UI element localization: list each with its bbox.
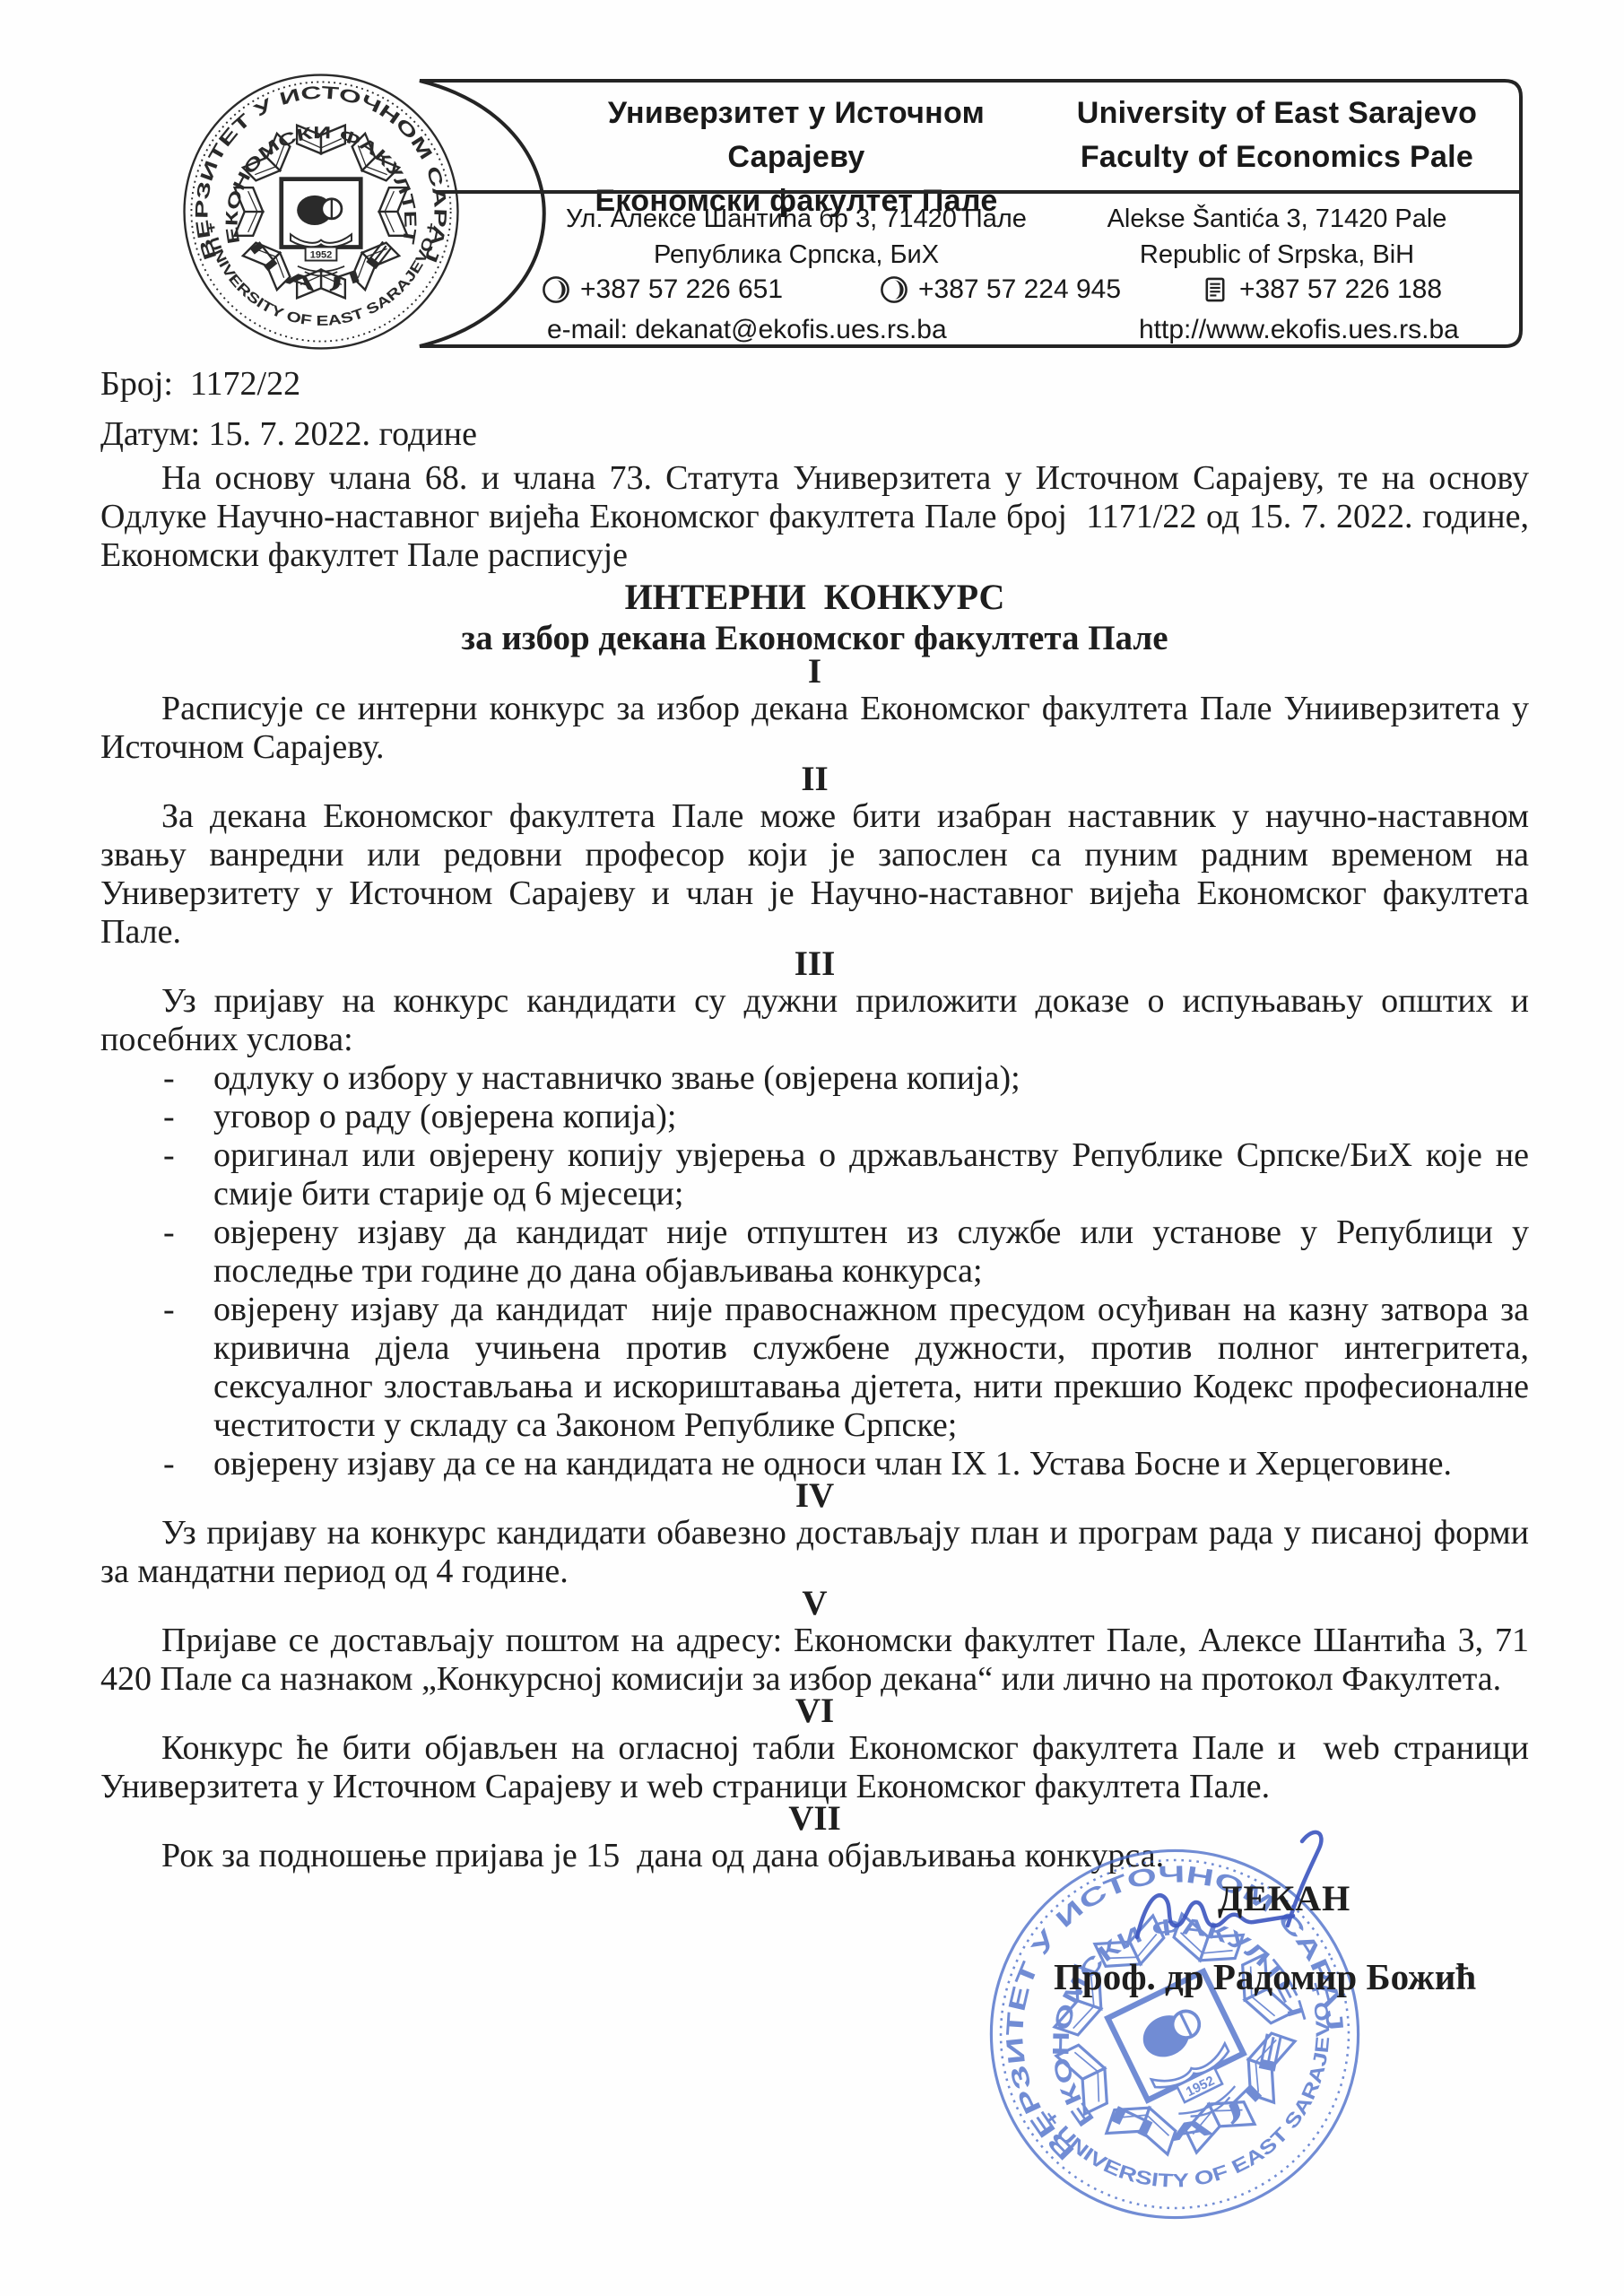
phone-number-2: +387 57 224 945 [918, 274, 1121, 305]
dean-name: Проф. др Радомир Божић [1054, 1955, 1466, 1998]
section-numeral-6: VI [100, 1693, 1529, 1729]
scanned-letter-page: 1952 УНИВЕРЗИТЕТ У ИСТОЧНОМ САРАЈЕВУ + +… [0, 0, 1624, 2296]
section-numeral-5: V [100, 1586, 1529, 1622]
section-6-paragraph: Конкурс ће бити објављен на огласној таб… [100, 1729, 1529, 1806]
document-date: Датум: 15. 7. 2022. године [100, 409, 1529, 459]
list-item-text: овјерену изјаву да кандидат није правосн… [213, 1291, 1529, 1445]
section-5-paragraph: Пријаве се достављају поштом на адресу: … [100, 1622, 1529, 1699]
section-3-paragraph: Уз пријаву на конкурс кандидати су дужни… [100, 982, 1529, 1059]
fax-icon [1200, 274, 1230, 305]
list-item-marker: - [100, 1136, 213, 1213]
document-number: Број: 1172/22 [100, 359, 1529, 409]
list-item: - овјерену изјаву да кандидат није отпуш… [100, 1213, 1529, 1291]
address-english-street: Alekse Šantića 3, 71420 Pale [1037, 201, 1517, 237]
list-item-marker: - [100, 1098, 213, 1136]
list-item: - уговор о раду (овјерена копија); [100, 1098, 1529, 1136]
requirements-list: - одлуку о избору у наставничко звање (о… [100, 1059, 1529, 1483]
letterhead-divider [436, 190, 1519, 194]
website-url: http://www.ekofis.ues.rs.ba [1139, 312, 1459, 348]
list-item: - одлуку о избору у наставничко звање (о… [100, 1059, 1529, 1098]
list-item-text: овјерену изјаву да кандидат није отпуште… [213, 1213, 1529, 1291]
fax-number: +387 57 226 188 [1239, 274, 1442, 305]
document-title: ИНТЕРНИ КОНКУРС [100, 577, 1529, 618]
section-numeral-3: III [100, 946, 1529, 982]
address-english-country: Republic of Srpska, BiH [1037, 237, 1517, 273]
list-item-marker: - [100, 1213, 213, 1291]
phone-icon [879, 274, 909, 305]
dean-role-label: ДЕКАН [1218, 1877, 1350, 1919]
phone-icon [541, 274, 571, 305]
section-numeral-4: IV [100, 1478, 1529, 1514]
list-item-marker: - [100, 1445, 213, 1483]
section-numeral-2: II [100, 761, 1529, 797]
document-body: Број: 1172/22 Датум: 15. 7. 2022. године… [0, 359, 1624, 1875]
phone-number-2-group: +387 57 224 945 [879, 274, 1121, 305]
list-item-marker: - [100, 1059, 213, 1098]
list-item-text: оригинал или овјерену копију увјерења о … [213, 1136, 1529, 1213]
section-4-paragraph: Уз пријаву на конкурс кандидати обавезно… [100, 1514, 1529, 1591]
email-address: e-mail: dekanat@ekofis.ues.rs.ba [547, 312, 947, 348]
section-numeral-1: I [100, 654, 1529, 690]
org-name-cyrillic-line1: Универзитет у Источном Сарајеву [556, 91, 1037, 179]
fax-number-group: +387 57 226 188 [1200, 274, 1442, 305]
address-cyrillic-country: Република Српска, БиХ [556, 237, 1037, 273]
org-name-english-line2: Faculty of Economics Pale [1037, 135, 1517, 179]
list-item-text: одлуку о избору у наставничко звање (овј… [213, 1059, 1529, 1098]
contact-phone-row: +387 57 226 651 +387 57 224 945 +387 57 … [395, 274, 1532, 314]
phone-number-1-group: +387 57 226 651 [541, 274, 783, 305]
list-item: - оригинал или овјерену копију увјерења … [100, 1136, 1529, 1213]
section-2-paragraph: За декана Економског факултета Пале може… [100, 797, 1529, 952]
list-item-text: уговор о раду (овјерена копија); [213, 1098, 1529, 1136]
list-item: - овјерену изјаву да кандидат није право… [100, 1291, 1529, 1445]
org-name-english-line1: University of East Sarajevo [1037, 91, 1517, 135]
section-1-paragraph: Расписује се интерни конкурс за избор де… [100, 690, 1529, 767]
list-item-marker: - [100, 1291, 213, 1445]
list-item-text: овјерену изјаву да се на кандидата не од… [213, 1445, 1529, 1483]
address-cyrillic-street: Ул. Алексе Шантића бр 3, 71420 Пале [556, 201, 1037, 237]
phone-number-1: +387 57 226 651 [580, 274, 783, 305]
letterhead-content: Универзитет у Источном Сарајеву Економск… [395, 74, 1532, 353]
intro-paragraph: На основу члана 68. и члана 73. Статута … [100, 459, 1529, 575]
document-meta: Број: 1172/22 Датум: 15. 7. 2022. године [100, 359, 1529, 459]
